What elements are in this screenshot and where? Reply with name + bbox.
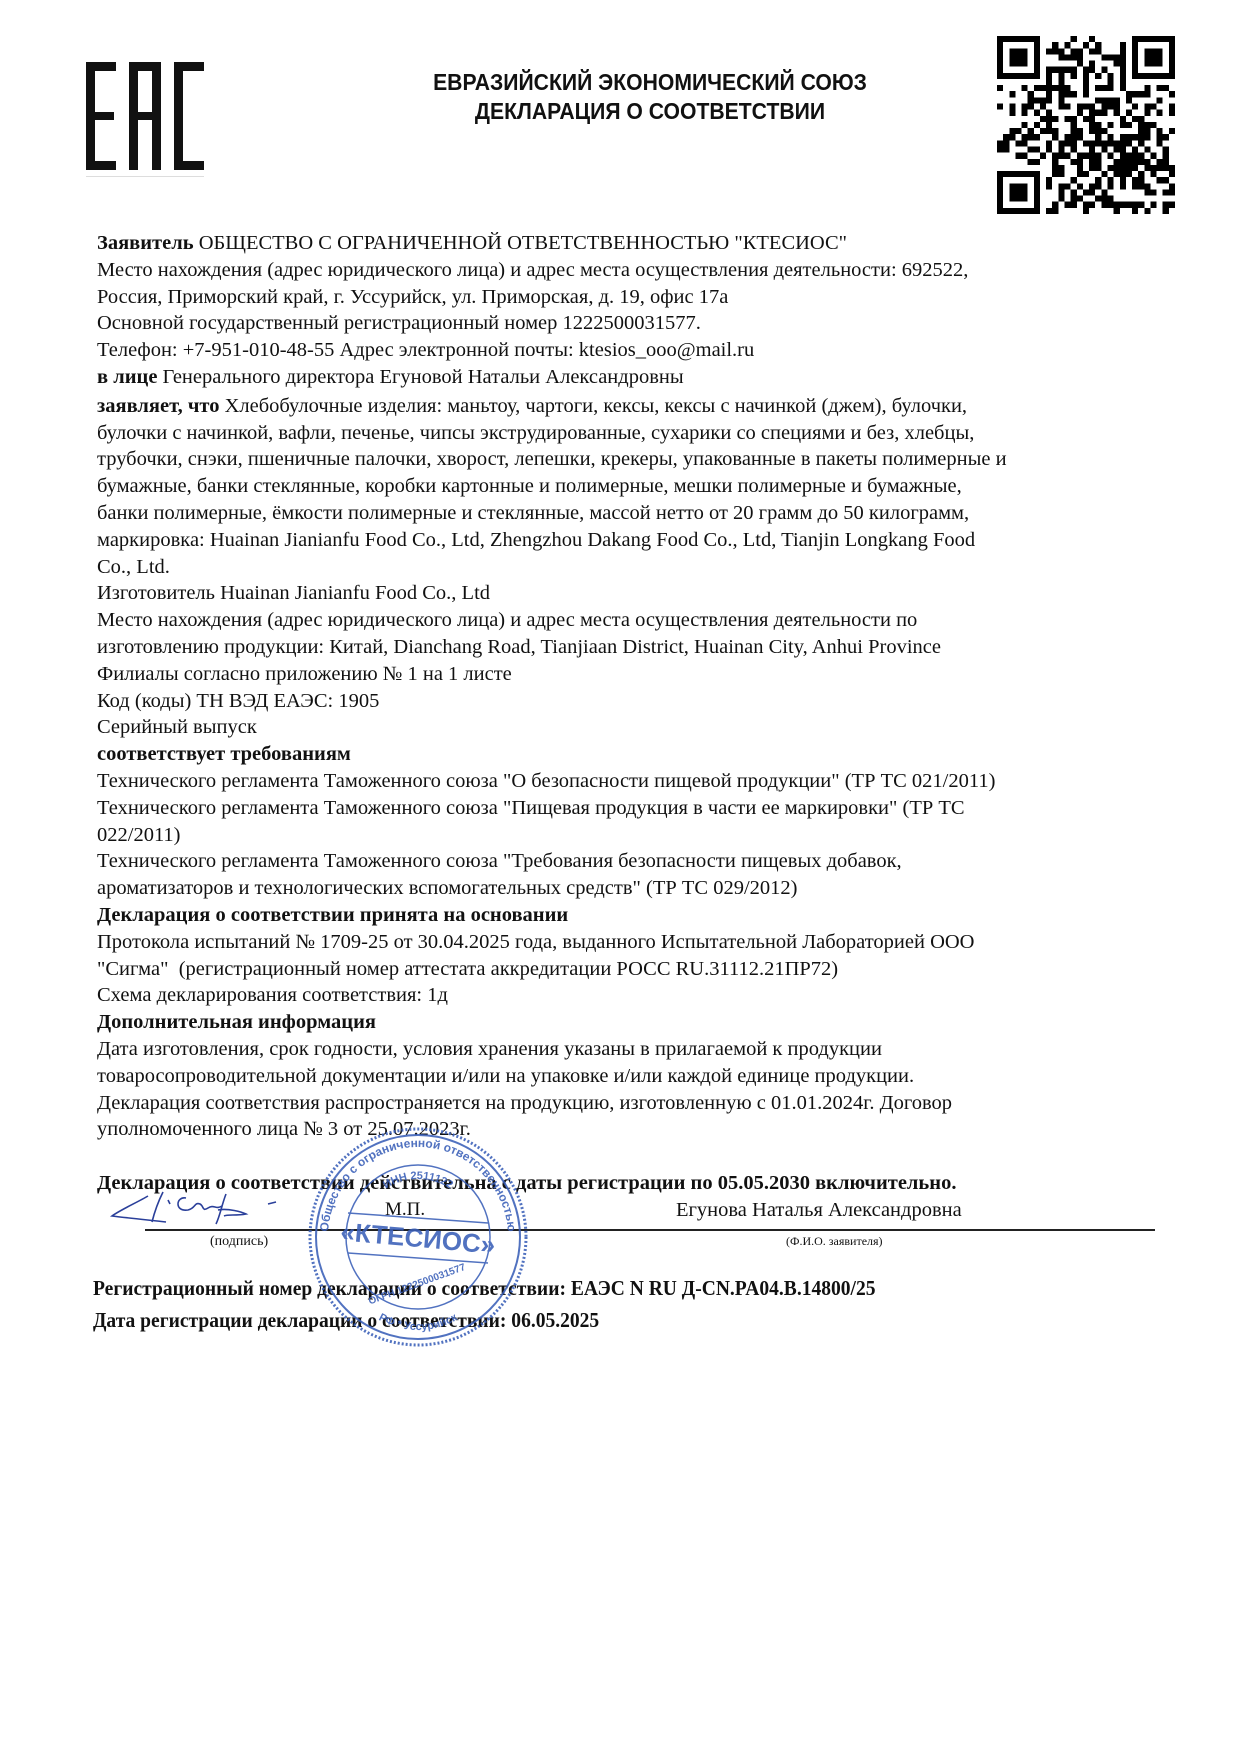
product-line-0: заявляет, что Хлебобулочные изделия: ман… [97, 393, 1157, 420]
stamp-inn: ИНН 2511122 [381, 1170, 455, 1191]
applicant-ogrn: Основной государственный регистрационный… [97, 310, 1157, 337]
basis-line-1: "Сигма" (регистрационный номер аттестата… [97, 956, 1157, 983]
basis-line-0: Протокола испытаний № 1709-25 от 30.04.2… [97, 929, 1157, 956]
represented-line: в лице Генерального директора Егуновой Н… [97, 364, 1157, 391]
product-line-1: булочки с начинкой, вафли, печенье, чипс… [97, 420, 1157, 447]
requirement-line-2: 022/2011) [97, 822, 1157, 849]
additional-line-1: товаросопроводительной документации и/ил… [97, 1063, 1157, 1090]
additional-line-3: уполномоченного лица № 3 от 25.07.2023г. [97, 1116, 1157, 1143]
manufacturer: Изготовитель Huainan Jianianfu Food Co.,… [97, 580, 1157, 607]
stamp-company-name: «КТЕСИОС» [339, 1216, 496, 1259]
applicant-address-2: Россия, Приморский край, г. Уссурийск, у… [97, 284, 1157, 311]
product-line-5: маркировка: Huainan Jianianfu Food Co., … [97, 527, 1157, 554]
eac-mark-icon [86, 62, 204, 170]
manufacturer-address-1: Место нахождения (адрес юридического лиц… [97, 607, 1157, 634]
stamp-city: РФ * Уссурийск [377, 1311, 460, 1333]
applicant-name: ОБЩЕСТВО С ОГРАНИЧЕННОЙ ОТВЕТСТВЕННОСТЬЮ… [199, 232, 847, 254]
declaration-body: Заявитель ОБЩЕСТВО С ОГРАНИЧЕННОЙ ОТВЕТС… [97, 230, 1157, 1143]
requirements-label: соответствует требованиям [97, 741, 1157, 768]
signature-icon [108, 1188, 288, 1228]
signature-caption: (подпись) [210, 1234, 268, 1250]
basis-label: Декларация о соответствии принята на осн… [97, 902, 1157, 929]
applicant-line: Заявитель ОБЩЕСТВО С ОГРАНИЧЕННОЙ ОТВЕТС… [97, 230, 1157, 257]
requirement-line-1: Технического регламента Таможенного союз… [97, 795, 1157, 822]
declares-label: заявляет, что [97, 395, 219, 417]
production-type: Серийный выпуск [97, 714, 1157, 741]
name-caption: (Ф.И.О. заявителя) [786, 1234, 883, 1249]
title-union: ЕВРАЗИЙСКИЙ ЭКОНОМИЧЕСКИЙ СОЮЗ [319, 68, 981, 97]
additional-label: Дополнительная информация [97, 1009, 1157, 1036]
applicant-address-1: Место нахождения (адрес юридического лиц… [97, 257, 1157, 284]
represented-label: в лице [97, 366, 157, 388]
signer-name: Егунова Наталья Александровна [676, 1199, 962, 1222]
qr-code-icon[interactable] [997, 36, 1175, 214]
product-line-2: трубочки, снэки, пшеничные палочки, хвор… [97, 446, 1157, 473]
represented-by: Генерального директора Егуновой Натальи … [163, 366, 684, 388]
branches: Филиалы согласно приложению № 1 на 1 лис… [97, 661, 1157, 688]
applicant-contacts: Телефон: +7-951-010-48-55 Адрес электрон… [97, 337, 1157, 364]
manufacturer-address-2: изготовлению продукции: Китай, Dianchang… [97, 634, 1157, 661]
basis-line-2: Схема декларирования соответствия: 1д [97, 982, 1157, 1009]
product-line-6: Co., Ltd. [97, 554, 1157, 581]
requirement-line-0: Технического регламента Таможенного союз… [97, 768, 1157, 795]
product-line-4: банки полимерные, ёмкости полимерные и с… [97, 500, 1157, 527]
document-title: ЕВРАЗИЙСКИЙ ЭКОНОМИЧЕСКИЙ СОЮЗ ДЕКЛАРАЦИ… [319, 68, 981, 126]
declaration-page: ЕВРАЗИЙСКИЙ ЭКОНОМИЧЕСКИЙ СОЮЗ ДЕКЛАРАЦИ… [0, 0, 1241, 1754]
company-seal-icon: Общество с ограниченной ответственностью… [298, 1125, 538, 1350]
requirement-line-3: Технического регламента Таможенного союз… [97, 848, 1157, 875]
eac-logo [86, 62, 204, 170]
product-line-3: бумажные, банки стеклянные, коробки карт… [97, 473, 1157, 500]
signature-line [145, 1229, 1155, 1231]
hs-code: Код (коды) ТН ВЭД ЕАЭС: 1905 [97, 688, 1157, 715]
additional-line-0: Дата изготовления, срок годности, услови… [97, 1036, 1157, 1063]
requirement-line-4: ароматизаторов и технологических вспомог… [97, 875, 1157, 902]
title-declaration: ДЕКЛАРАЦИЯ О СООТВЕТСТВИИ [319, 97, 981, 126]
additional-line-2: Декларация соответствия распространяется… [97, 1090, 1157, 1117]
applicant-label: Заявитель [97, 232, 194, 254]
